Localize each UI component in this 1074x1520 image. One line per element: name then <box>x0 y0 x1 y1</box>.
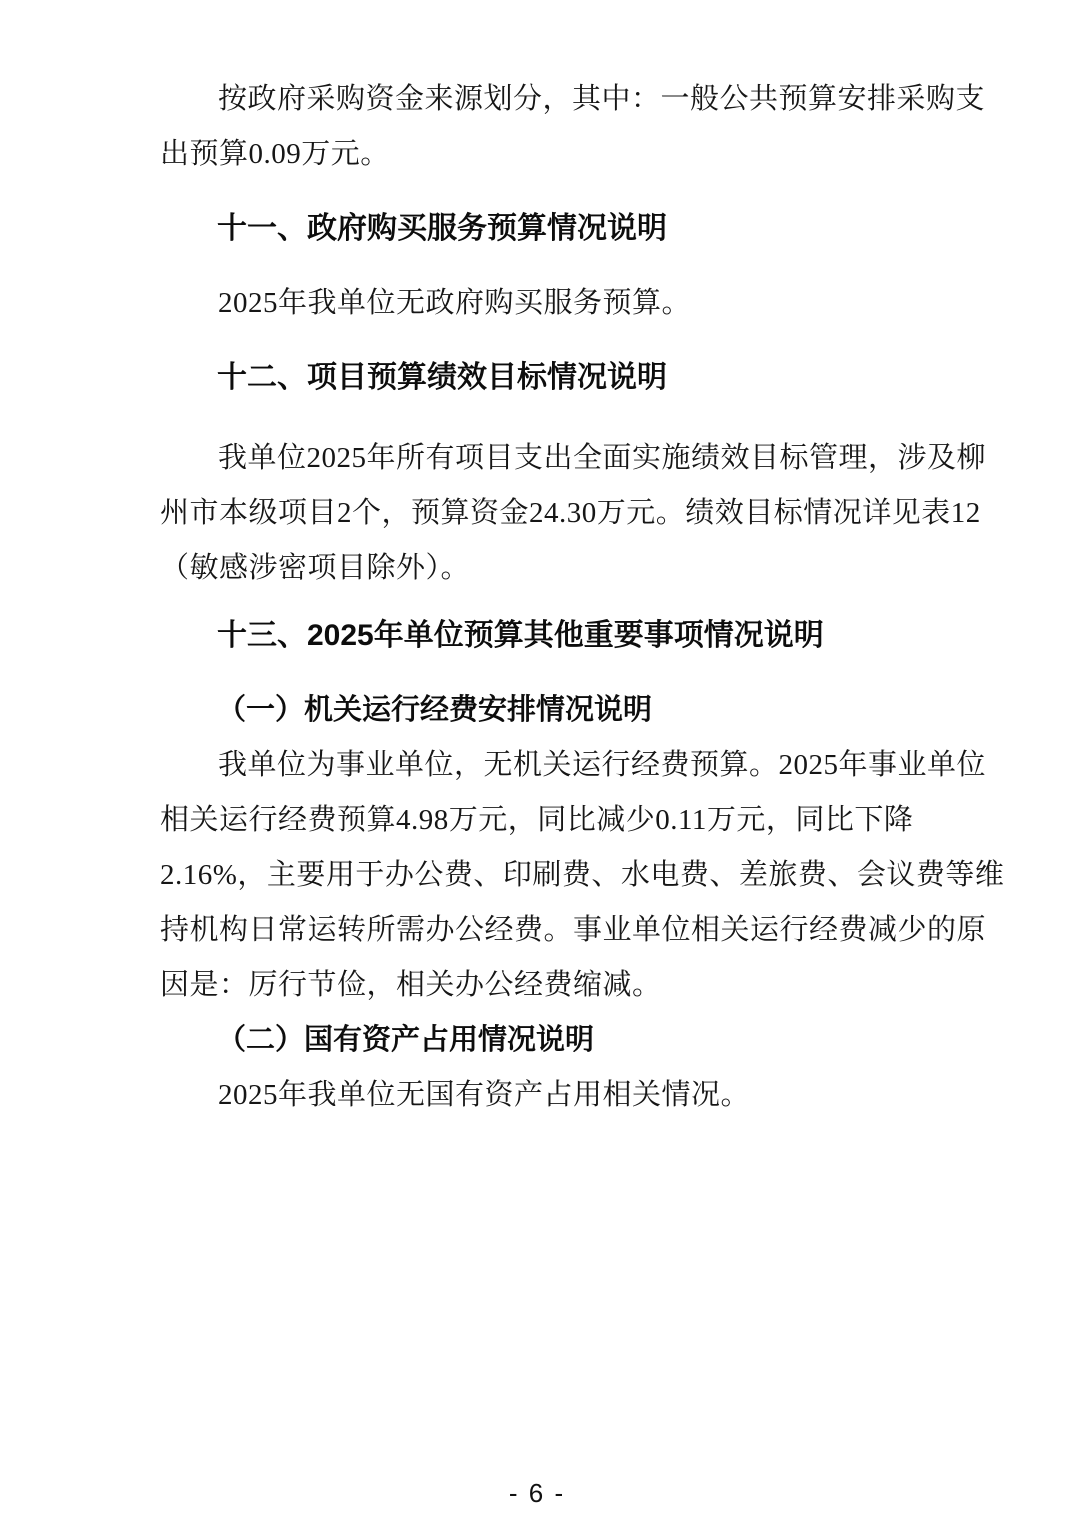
paragraph-line: （敏感涉密项目除外）。 <box>160 541 934 596</box>
paragraph-line: 相关运行经费预算4.98万元，同比减少0.11万元，同比下降 <box>160 793 934 848</box>
paragraph-line: 我单位为事业单位，无机关运行经费预算。2025年事业单位 <box>160 738 934 793</box>
paragraph-line: 按政府采购资金来源划分，其中：一般公共预算安排采购支 <box>160 72 934 127</box>
document-content: 按政府采购资金来源划分，其中：一般公共预算安排采购支 出预算0.09万元。 十一… <box>160 0 934 1123</box>
paragraph-line: 2025年我单位无政府购买服务预算。 <box>160 276 934 331</box>
paragraph-line: 因是：厉行节俭，相关办公经费缩减。 <box>160 958 934 1013</box>
heading-section-12: 十二、项目预算绩效目标情况说明 <box>160 350 934 405</box>
paragraph-line: 2025年我单位无国有资产占用相关情况。 <box>160 1068 934 1123</box>
page-number: - 6 - <box>0 1478 1074 1509</box>
paragraph-line: 我单位2025年所有项目支出全面实施绩效目标管理，涉及柳 <box>160 431 934 486</box>
document-page: 按政府采购资金来源划分，其中：一般公共预算安排采购支 出预算0.09万元。 十一… <box>0 0 1074 1520</box>
heading-section-13: 十三、2025年单位预算其他重要事项情况说明 <box>160 608 934 663</box>
paragraph-line: 出预算0.09万元。 <box>160 127 934 182</box>
subheading-section-13-2: （二）国有资产占用情况说明 <box>160 1013 934 1068</box>
subheading-section-13-1: （一）机关运行经费安排情况说明 <box>160 683 934 738</box>
paragraph-section-13-2: 2025年我单位无国有资产占用相关情况。 <box>160 1068 934 1123</box>
heading-section-11: 十一、政府购买服务预算情况说明 <box>160 201 934 256</box>
paragraph-procurement-funding: 按政府采购资金来源划分，其中：一般公共预算安排采购支 出预算0.09万元。 <box>160 72 934 182</box>
paragraph-section-13-1: 我单位为事业单位，无机关运行经费预算。2025年事业单位 相关运行经费预算4.9… <box>160 738 934 1013</box>
paragraph-line: 州市本级项目2个，预算资金24.30万元。绩效目标情况详见表12 <box>160 486 934 541</box>
paragraph-line: 持机构日常运转所需办公经费。事业单位相关运行经费减少的原 <box>160 903 934 958</box>
paragraph-section-12: 我单位2025年所有项目支出全面实施绩效目标管理，涉及柳 州市本级项目2个，预算… <box>160 431 934 596</box>
paragraph-line: 2.16%，主要用于办公费、印刷费、水电费、差旅费、会议费等维 <box>160 848 934 903</box>
paragraph-section-11: 2025年我单位无政府购买服务预算。 <box>160 276 934 331</box>
